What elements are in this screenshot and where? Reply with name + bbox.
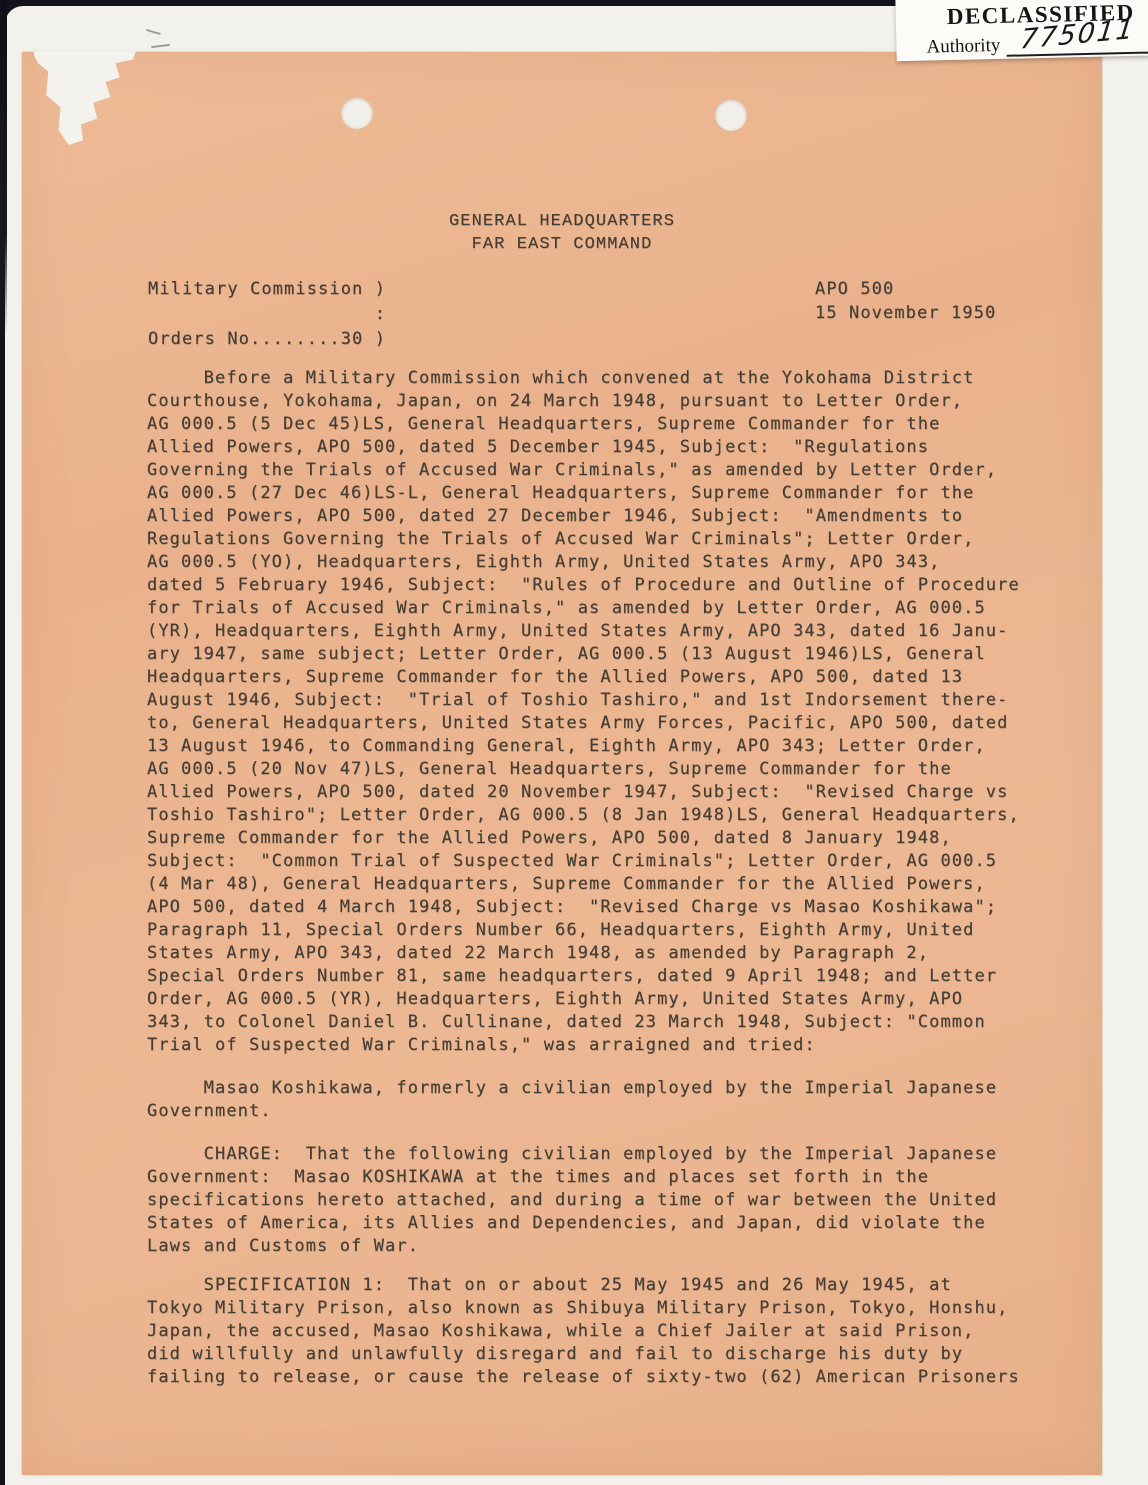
scanned-document-page: GENERAL HEADQUARTERS FAR EAST COMMAND Mi… (0, 0, 1148, 1485)
scan-edge-left (0, 0, 7, 335)
paragraph-preamble: Before a Military Commission which conve… (147, 367, 1020, 1057)
stamp-authority-label: Authority (926, 35, 1000, 59)
paragraph-charge: CHARGE: That the following civilian empl… (147, 1143, 997, 1258)
document-sheet: GENERAL HEADQUARTERS FAR EAST COMMAND Mi… (22, 52, 1102, 1475)
caption-apo-date-block: APO 500 15 November 1950 (815, 277, 996, 325)
header-command-line: GENERAL HEADQUARTERS (22, 210, 1102, 233)
paragraph-specification-1: SPECIFICATION 1: That on or about 25 May… (147, 1274, 1020, 1389)
declassified-stamp: DECLASSIFIED Authority 775011 (895, 0, 1148, 61)
paragraph-accused: Masao Koshikawa, formerly a civilian emp… (147, 1077, 997, 1123)
stamp-authority-line: 775011 (1006, 25, 1148, 57)
header-subcommand-line: FAR EAST COMMAND (22, 233, 1102, 256)
caption-orders-block: Military Commission ) : Orders No.......… (148, 277, 386, 352)
torn-corner (34, 51, 136, 145)
hole-punch-left (341, 97, 373, 129)
document-header: GENERAL HEADQUARTERS FAR EAST COMMAND (22, 210, 1102, 256)
hole-punch-right (715, 99, 747, 131)
